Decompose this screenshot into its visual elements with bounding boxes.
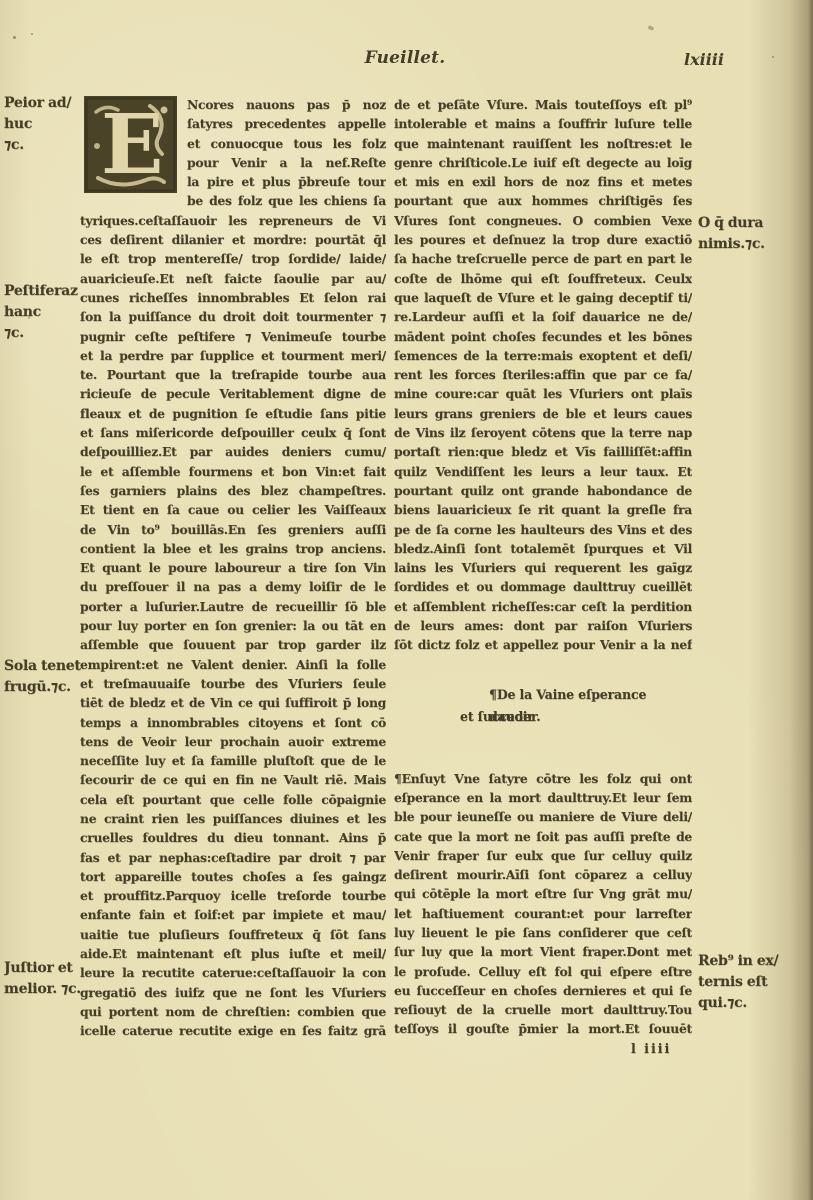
text-line: les poures et deſnuez la trop dure exact… [394, 230, 692, 249]
text-line: leure la recutite caterue:ceſtaſſauoir l… [80, 963, 386, 982]
text-line: qui cōtēple la mort eſtre ſur Vng grāt m… [394, 884, 692, 903]
text-line: ſōt dictz folz et appellez pour Venir a … [394, 635, 692, 654]
text-line: mādent point choſes fecundes et les bōne… [394, 327, 692, 346]
left-text-column: E Ncores nauons pas p̄ nozſatyres preced… [80, 95, 386, 1041]
text-line: le eſt trop mentereſſe/ trop ſordide/ la… [80, 249, 386, 268]
text-line: Peſtiferaz [4, 281, 84, 302]
text-line: contient la blee et les grains trop anci… [80, 539, 386, 558]
margin-note: Juſtior etmelior. ⁊c. [4, 958, 84, 1000]
text-line: frugū.⁊c. [4, 677, 84, 698]
text-line: ſemences de la terre:mais exoptent et de… [394, 346, 692, 365]
text-line: Ncores nauons pas p̄ noz [187, 95, 386, 114]
text-line: que laqueſt de Vſure et le gaing decepti… [394, 288, 692, 307]
text-line: coſte de lhōme qui eſt ſouffreteux. Ceul… [394, 269, 692, 288]
text-line: temps a innombrables citoyens et ſont cō [80, 713, 386, 732]
text-line: Reb⁹ in ex/ [698, 951, 798, 972]
text-line: neceſſite luy et ſa famille pluſtoſt que… [80, 751, 386, 770]
text-line: ces deſirent dilanier et mordre: pourtāt… [80, 230, 386, 249]
margin-note: Peior ad/huc ſupeſt.⁊c. [4, 93, 84, 156]
text-line: porter a luſurier.Lautre de recueillir ſ… [80, 597, 386, 616]
text-line: deſirent mourir.Aīſi ſont cōparez a cell… [394, 865, 692, 884]
quire-signature: l iiii [394, 1039, 692, 1059]
text-line: empirent:et ne Valent denier. Ainſi la f… [80, 655, 386, 674]
text-line: ⁊c. [4, 135, 84, 156]
text-line: eu ſucceſſeur en choſes dernieres et qui… [394, 981, 692, 1000]
text-line: portaſt rien:que bledz et Vīs failliſſēt… [394, 442, 692, 461]
text-line: cunes richeſſes innombrables Et ſelon ra… [80, 288, 386, 307]
text-line: ſes garniers plains des blez champeſtres… [80, 481, 386, 500]
paper-speck [31, 33, 33, 35]
paper-speck [772, 56, 774, 58]
margin-note: O q̄ duranimis.⁊c. [698, 213, 798, 255]
margin-note: Reb⁹ in ex/ternis eſtqui.⁊c. [698, 951, 798, 1014]
section-heading: ¶De la Vaine eſperance dauoiret ſucceder… [394, 684, 692, 728]
text-line: ſatyres precedentes appelle [187, 114, 386, 133]
text-line: Juſtior et [4, 958, 84, 979]
text-line: Venir fraper ſur eulx que ſur celluy qui… [394, 846, 692, 865]
text-line: la pire et plus p̄breuſe tour [187, 172, 386, 191]
text-line: aſſemble que ſouuent par trop garder ilz [80, 635, 386, 654]
text-line: tyriques.ceſtaſſauoir les repreneurs de … [80, 211, 386, 230]
text-line: ternis eſt [698, 972, 798, 993]
text-line: luy lieuent le pie ſans conſiderer que c… [394, 923, 692, 942]
text-line: tiēt de bledz et de Vin ce qui ſuffiroit… [80, 693, 386, 712]
text-line: et ſucceder. [394, 706, 692, 728]
text-line: auaricieuſe.Et neſt faicte ſaoulie par a… [80, 269, 386, 288]
text-line: de Vins ilz ſeroyent cōtens que la terre… [394, 423, 692, 442]
text-line: ſa hache treſcruelle perce de part en pa… [394, 249, 692, 268]
text-line: lains les Vſuriers qui requerent les gaī… [394, 558, 692, 577]
text-line: cela eſt pourtant que celle folle cōpaig… [80, 790, 386, 809]
text-line: pe de ſa corne les haulteurs des Vins et… [394, 520, 692, 539]
text-line: ſordides et ou dommage daulttruy cueillē… [394, 577, 692, 596]
text-line: cruelles fouldres du dieu tonnant. Ains … [80, 828, 386, 847]
text-line: be des folz que les chiens ſa [187, 191, 386, 210]
text-line: O q̄ dura [698, 213, 798, 234]
text-line: ſon la puiſſance du droit doit tourmente… [80, 307, 386, 326]
text-line: quilz Vendiſſent les leurs a leur taux. … [394, 462, 692, 481]
text-line: pugnir ceſte peſtifere ⁊ Venimeuſe tourb… [80, 327, 386, 346]
text-line: pourtant quilz ont grande habondance de [394, 481, 692, 500]
right-text-column: de et peſāte Vſure. Mais touteſſoys eſt … [394, 95, 692, 1059]
text-line: rent les forces ſteriles:affin que par c… [394, 365, 692, 384]
text-line: biens lauaricieux ſe rit quant la greſle… [394, 500, 692, 519]
text-line: le proſude. Celluy eſt fol qui eſpere eſ… [394, 962, 692, 981]
text-line: intolerable et mains a ſouffrir luſure t… [394, 114, 692, 133]
text-line: fas et par nephas:ceſtadire par droit ⁊ … [80, 848, 386, 867]
text-line: hanc turbā [4, 302, 84, 323]
text-line: tort appareille toutes choſes a ſes gain… [80, 867, 386, 886]
text-line: bledz.Ainſi ſont totalemēt ſpurques et V… [394, 539, 692, 558]
text-line: pour luy porter en ſon grenier: la ou tā… [80, 616, 386, 635]
margin-note: Sola tenetfrugū.⁊c. [4, 656, 84, 698]
text-line: reſiouyt de la cruelle mort daulttruy.To… [394, 1000, 692, 1019]
right-paragraph-vain-hope: ¶Enſuyt Vne ſatyre cōtre les folz qui on… [394, 769, 692, 1039]
text-line: et la perdre par ſupplice et tourment me… [80, 346, 386, 365]
text-line: melior. ⁊c. [4, 979, 84, 1000]
margin-note: Peſtiferazhanc turbā⁊c. [4, 281, 84, 344]
text-line: mine coure:car quāt les Vſuriers ont pla… [394, 384, 692, 403]
text-line: ¶Enſuyt Vne ſatyre cōtre les folz qui on… [394, 769, 692, 788]
text-line: Et tient en ſa caue ou celier les Vaiſſe… [80, 500, 386, 519]
text-line: de leurs ames: dont par raiſon Vſuriers [394, 616, 692, 635]
text-line: eſperance en la mort daulttruy.Et leur ſ… [394, 788, 692, 807]
text-line: fleaux et de pugnition ſe eſtudie ſans p… [80, 404, 386, 423]
text-line: de et peſāte Vſure. Mais touteſſoys eſt … [394, 95, 692, 114]
running-title: Fueillet. [340, 48, 470, 68]
text-line: ne craint rien les puiſſances diuines et… [80, 809, 386, 828]
text-line: du preſſouer il na pas a demy loiſir de … [80, 577, 386, 596]
text-line: ⁊c. [4, 323, 84, 344]
text-line: aide.Et maintenant eſt plus iuſte et mei… [80, 944, 386, 963]
right-paragraph-usury: de et peſāte Vſure. Mais touteſſoys eſt … [394, 95, 692, 655]
text-line: Sola tenet [4, 656, 84, 677]
text-line: ſur luy que la mort Vient fraper.Dont me… [394, 942, 692, 961]
text-line: et conuocque tous les folz [187, 134, 386, 153]
text-line: leurs grans greniers de ble et leurs cau… [394, 404, 692, 423]
text-line: et treſmauuaiſe tourbe des Vſuriers ſeul… [80, 674, 386, 693]
text-line: et aſſemblent richeſſes:car ceſt la perd… [394, 597, 692, 616]
text-line: ricieuſe de pecule Veritablement digne d… [80, 384, 386, 403]
text-line: qui.⁊c. [698, 993, 798, 1014]
text-line: nimis.⁊c. [698, 234, 798, 255]
text-line: qui portent nom de chreſtien: combien qu… [80, 1002, 386, 1021]
text-line: gregatiō des iuifz que ne ſont les Vſuri… [80, 983, 386, 1002]
paper-speck [13, 36, 16, 39]
paper-speck [647, 25, 654, 31]
text-line: Peior ad/ [4, 93, 84, 114]
text-line: let haſtiuement courant:et pour larreſte… [394, 904, 692, 923]
text-line: Vſures ſont congneues. O combien Vexe [394, 211, 692, 230]
text-line: uaitie tue pluſieurs ſouffreteux q̄ ſōt … [80, 925, 386, 944]
svg-text:E: E [101, 97, 164, 193]
text-line: icelle caterue recutite exige en ſes fai… [80, 1021, 386, 1040]
text-line: tens de Veoir leur prochain auoir extrem… [80, 732, 386, 751]
text-line: re.Lardeur auſſi et la ſoif dauarice ne … [394, 307, 692, 326]
text-line: genre chriſticole.Le iuif eſt degecte au… [394, 153, 692, 172]
text-line: pourtant que aux hommes chriſtigēs ſes [394, 191, 692, 210]
book-page: Fueillet. lxiiii Peior ad/huc ſupeſt.⁊c.… [0, 0, 813, 1200]
text-line: teſſoys il gouſte p̄mier la mort.Et ſouu… [394, 1019, 692, 1038]
text-line: le et aſſemble fourmens et bon Vin:et fa… [80, 462, 386, 481]
text-line: cate que la mort ne ſoit pas auſſi preſt… [394, 827, 692, 846]
text-line: pour Venir a la nef.Reſte [187, 153, 386, 172]
folio-number: lxiiii [684, 50, 744, 69]
text-line: que maintenant rauiſſent les noſtres:et … [394, 134, 692, 153]
text-line: ble pour ieuneſſe ou maniere de Viure de… [394, 807, 692, 826]
text-line: ¶De la Vaine eſperance dauoir [394, 684, 692, 706]
text-line: et ſans miſericorde deſpouiller ceulx q̄… [80, 423, 386, 442]
text-line: et prouffitz.Parquoy icelle treſorde tou… [80, 886, 386, 905]
text-line: huc ſupeſt. [4, 114, 84, 135]
text-line: enfante fain et ſoif:et par impiete et m… [80, 905, 386, 924]
text-line: te. Pourtant que la treſrapide tourbe au… [80, 365, 386, 384]
woodcut-initial-E: E [84, 96, 177, 193]
text-line: deſpouilliez.Et par auides deniers cumu/ [80, 442, 386, 461]
text-line: et mis en exil hors de noz fins et metes [394, 172, 692, 191]
text-line: Et quant le poure laboureur a tire ſon V… [80, 558, 386, 577]
text-line: de Vin to⁹ bouillās.En ſes greniers auſſ… [80, 520, 386, 539]
text-line: ſecourir de ce qui en fin ne Vault riē. … [80, 770, 386, 789]
